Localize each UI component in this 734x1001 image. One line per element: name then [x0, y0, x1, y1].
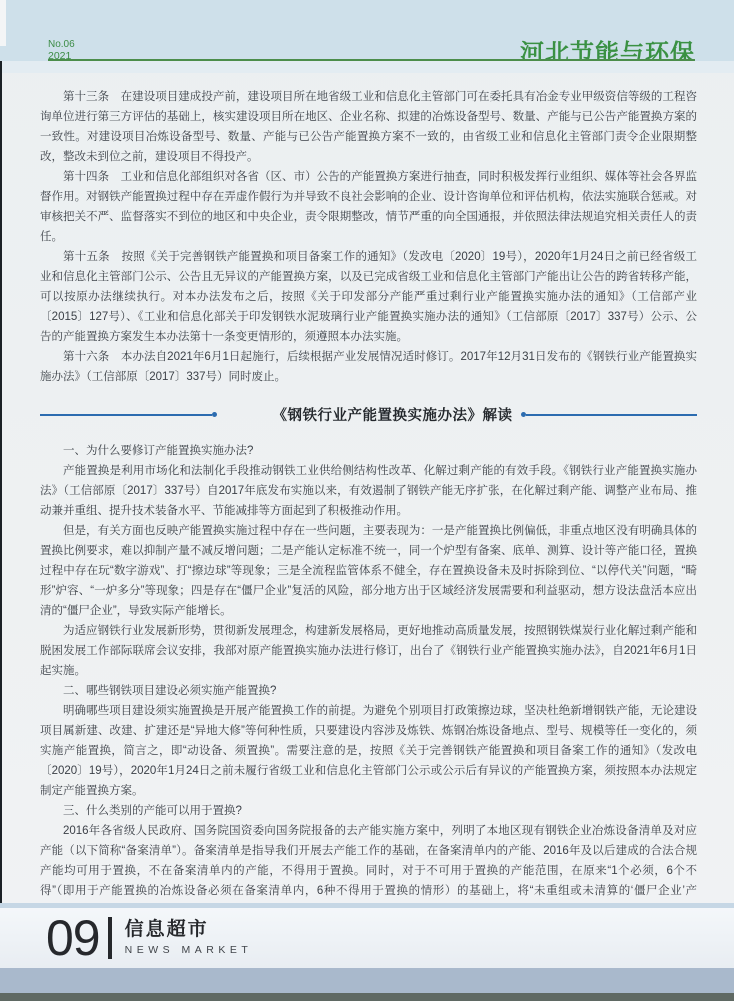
- scan-edge-dark: [0, 61, 2, 903]
- page-number: 09: [46, 913, 100, 963]
- heading-rule-left: [40, 414, 212, 416]
- footer-section-titles: 信息超市 NEWS MARKET: [125, 920, 253, 956]
- interpretation-body: 一、为什么要修订产能置换实施办法?产能置换是利用市场化和法制化手段推动钢铁工业供…: [40, 441, 697, 941]
- heading-dot-left: [212, 412, 217, 417]
- footer-bluegray-band: [0, 968, 734, 993]
- regulation-paragraphs: 第十三条 在建设项目建成投产前，建设项目所在地省级工业和信息化主管部门可在委托具…: [40, 87, 697, 387]
- footer-section-title-cn: 信息超市: [125, 920, 253, 939]
- regulation-paragraph: 第十五条 按照《关于完善钢铁产能置换和项目备案工作的通知》（发改电〔2020〕1…: [40, 247, 697, 347]
- interpretation-paragraph: 明确哪些项目建设须实施置换是开展产能置换工作的前提。为避免个别项目打政策擦边球，…: [40, 701, 697, 801]
- regulation-paragraph: 第十六条 本办法自2021年6月1日起施行，后续根据产业发展情况适时修订。201…: [40, 347, 697, 387]
- article-content: 第十三条 在建设项目建成投产前，建设项目所在地省级工业和信息化主管部门可在委托具…: [40, 73, 697, 941]
- interpretation-paragraph: 产能置换是利用市场化和法制化手段推动钢铁工业供给侧结构性改革、化解过剩产能的有效…: [40, 461, 697, 521]
- footer-bottom-strip: [0, 993, 734, 1001]
- question-heading: 三、什么类别的产能可以用于置换?: [40, 801, 697, 821]
- interpretation-heading: 《钢铁行业产能置换实施办法》解读: [40, 404, 697, 425]
- page-header: No.06 2021 河北节能与环保: [0, 0, 734, 61]
- interpretation-paragraph: 但是，有关方面也反映产能置换实施过程中存在一些问题，主要表现为：一是产能置换比例…: [40, 521, 697, 621]
- footer-separator: [108, 917, 112, 959]
- footer-band: 09 信息超市 NEWS MARKET: [0, 908, 734, 968]
- interpretation-paragraph: 为适应钢铁行业发展新形势，贯彻新发展理念，构建新发展格局，更好地推动高质量发展，…: [40, 621, 697, 681]
- page-footer: 09 信息超市 NEWS MARKET: [0, 903, 734, 1001]
- issue-info: No.06 2021: [48, 40, 75, 61]
- regulation-paragraph: 第十四条 工业和信息化部组织对各省（区、市）公告的产能置换方案进行抽查，同时积极…: [40, 167, 697, 247]
- scan-edge-white: [0, 0, 6, 46]
- issue-number: No.06: [48, 40, 75, 50]
- heading-rule-right: [526, 414, 698, 416]
- question-heading: 二、哪些钢铁项目建设必须实施产能置换?: [40, 681, 697, 701]
- header-substrip: [0, 61, 734, 73]
- section-title: 《钢铁行业产能置换实施办法》解读: [273, 404, 513, 425]
- regulation-paragraph: 第十三条 在建设项目建成投产前，建设项目所在地省级工业和信息化主管部门可在委托具…: [40, 87, 697, 167]
- magazine-page: No.06 2021 河北节能与环保 第十三条 在建设项目建成投产前，建设项目所…: [0, 0, 734, 1001]
- question-heading: 一、为什么要修订产能置换实施办法?: [40, 441, 697, 461]
- footer-section-title-en: NEWS MARKET: [125, 945, 253, 956]
